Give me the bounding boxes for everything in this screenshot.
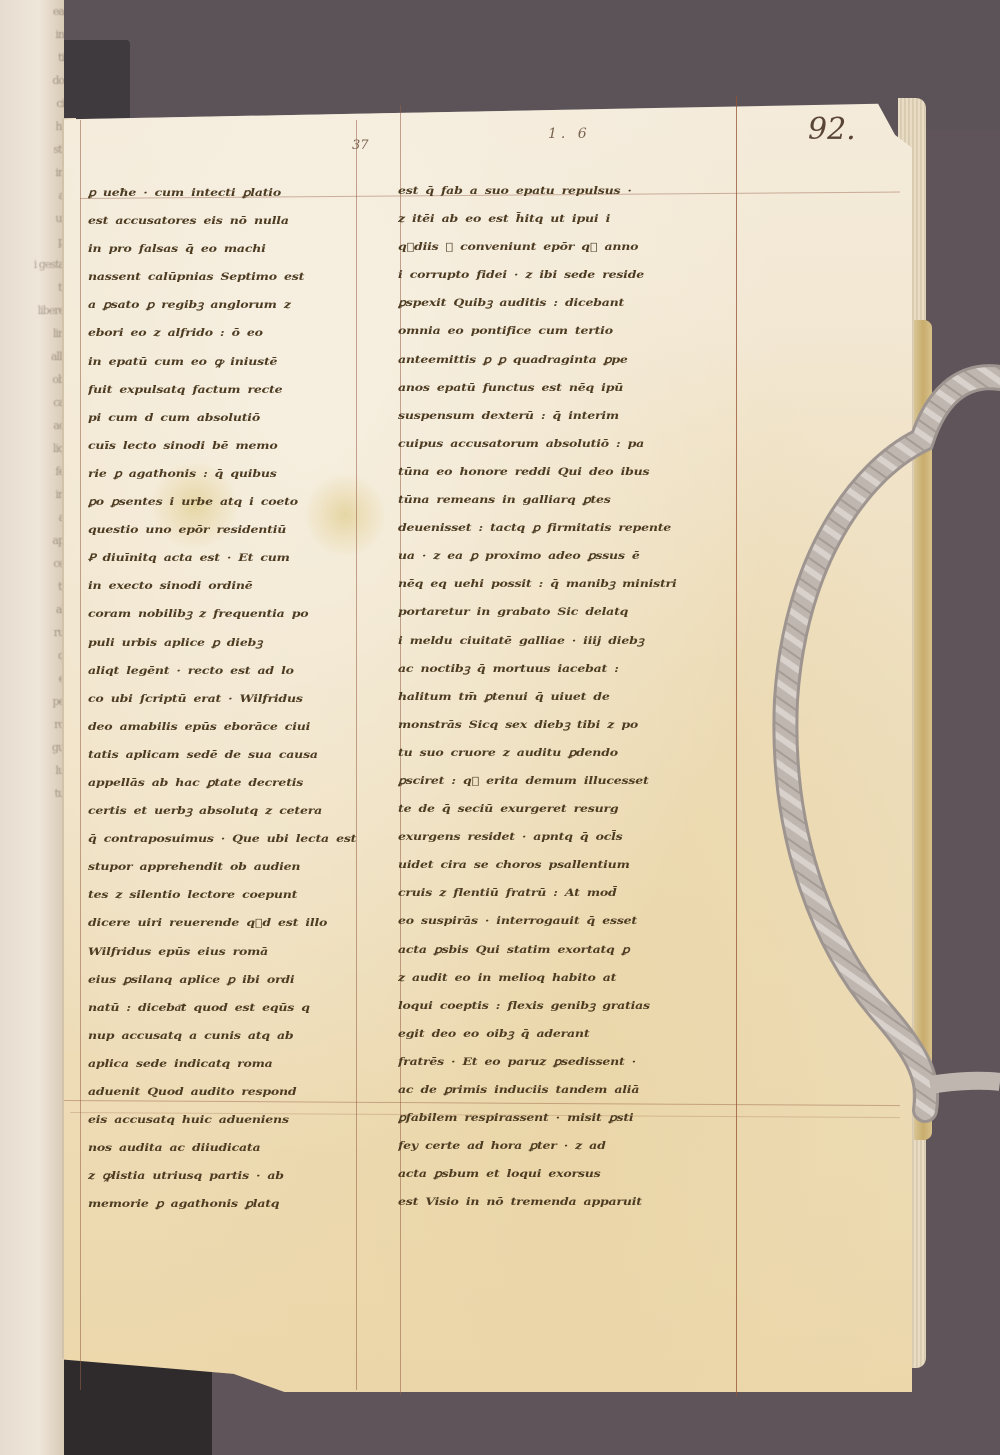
- manuscript-line: aplica sede indicatq roma: [88, 1052, 360, 1075]
- left-page-line: pe: [0, 690, 64, 713]
- manuscript-line: nup accusatq a cunis atq ab: [88, 1024, 360, 1047]
- manuscript-line: anteemittis ꝑ ꝑ quadraginta ꝑpe: [398, 348, 734, 371]
- manuscript-line: omnia eo pontifice cum tertio: [398, 320, 734, 343]
- manuscript-line: fuit expulsatq factum recte: [88, 378, 360, 401]
- manuscript-line: aliqt legēnt · recto est ad lo: [88, 659, 360, 682]
- manuscript-line: cuīs lecto sinodi bē memo: [88, 434, 360, 457]
- manuscript-line: questio uno epōr residentiū: [88, 518, 360, 541]
- manuscript-line: ebori eo z alfrido : ō eo: [88, 322, 360, 345]
- manuscript-line: q̄ contraposuimus · Que ubi lecta est ·: [88, 827, 360, 850]
- manuscript-line: Wilfridus epūs eius romā: [88, 940, 360, 963]
- left-page-line: ap: [0, 529, 64, 552]
- left-page-line: alli: [0, 345, 64, 368]
- manuscript-line: anos epatū functus est nēq ipū: [398, 376, 734, 399]
- manuscript-line: cuipus accusatorum absolutiō : pa: [398, 432, 734, 455]
- manuscript-line: rie ꝑ agathonis : q̄ quibus: [88, 462, 360, 485]
- left-page-line: ro: [0, 713, 64, 736]
- manuscript-line: memorie ꝑ agathonis ꝑlatq: [88, 1192, 360, 1215]
- manuscript-line: eo suspirās · interrogauit q̄ esset: [398, 909, 734, 932]
- margin-note-center: 1. 6: [548, 126, 591, 142]
- manuscript-line: egit deo eo oibꝫ q̄ aderant: [398, 1022, 734, 1045]
- manuscript-line: tūna eo honore reddi Qui deo ibus: [398, 460, 734, 483]
- left-page-line: ce: [0, 552, 64, 575]
- manuscript-line: dicere uiri reuerende qᷓd est illo: [88, 911, 360, 934]
- text-column-left: ꝑ ueħe · cum intecti ꝑlatioest accusator…: [88, 176, 360, 1215]
- manuscript-line: tūna remeans in galliarq ꝑtes: [398, 488, 734, 511]
- left-page-line: in: [0, 161, 64, 184]
- left-page-line: a: [0, 506, 64, 529]
- manuscript-line: Ꝑ diuīnitq acta est · Et cum: [88, 546, 360, 569]
- manuscript-line: acta ꝑsbis Qui statim exortatq ꝑ: [398, 938, 734, 961]
- manuscript-line: nēq eq uehi possit : q̄ manibꝫ ministri: [398, 572, 734, 595]
- left-page-line: liq: [0, 437, 64, 460]
- manuscript-line: halitum tm̄ ꝑtenui q̄ uiuet de: [398, 685, 734, 708]
- manuscript-line: ac de ꝑrimis induciis tandem aliā: [398, 1078, 734, 1101]
- manuscript-line: ꝑspexit Quibꝫ auditis : dicebant: [398, 291, 734, 314]
- left-page-line: ca: [0, 391, 64, 414]
- manuscript-line: pi cum d cum absolutiō: [88, 406, 360, 429]
- manuscript-line: fey certe ad hora ꝑter · z ad: [398, 1134, 734, 1157]
- left-page-line: ob: [0, 368, 64, 391]
- left-page-line: ac: [0, 414, 64, 437]
- manuscript-line: natū : diceba͞t quod est eqūs q: [88, 996, 360, 1019]
- manuscript-line: i corrupto fidei · z ibi sede reside: [398, 263, 734, 286]
- folio-number: 92.: [808, 112, 856, 147]
- left-page-line: al: [0, 598, 64, 621]
- left-page-line: e: [0, 667, 64, 690]
- page-fore-edges-gilt: [914, 320, 932, 1140]
- left-page-line: ti: [0, 276, 64, 299]
- ruling-left-outer: [80, 120, 81, 1390]
- left-page-ghost-text: eaintidocihistiinauipi gestatiliberelina…: [0, 0, 64, 805]
- manuscript-line: z audit eo in melioq habito at: [398, 966, 734, 989]
- manuscript-line: eis accusatq huic adueniens: [88, 1108, 360, 1131]
- margin-note-left: 37: [352, 138, 369, 153]
- left-page-line: a: [0, 184, 64, 207]
- manuscript-line: ꝑsciret : qᷓ erita demum illucesset: [398, 769, 734, 792]
- manuscript-line: in pro falsas q̄ eo machi: [88, 237, 360, 260]
- left-page-line: i gesta: [0, 253, 64, 276]
- manuscript-line: ua · z ea ꝑ proximo adeo ꝑssus ē: [398, 544, 734, 567]
- manuscript-line: ꝑ ueħe · cum intecti ꝑlatio: [88, 181, 360, 204]
- left-page-line: ru: [0, 621, 64, 644]
- manuscript-line: co ubi ſcriptū erat · Wilfridus: [88, 687, 360, 710]
- manuscript-line: cruis z flentiū fratrū : At mod̄: [398, 881, 734, 904]
- left-page-line: ti: [0, 46, 64, 69]
- manuscript-line: deuenisset : tactq ꝑ firmitatis repente: [398, 516, 734, 539]
- left-page-line: tu: [0, 782, 64, 805]
- ruling-right-inner: [736, 96, 737, 1396]
- manuscript-line: ꝑo ꝑsentes i urbe atq i coeto: [88, 490, 360, 513]
- manuscript-line: puli urbis aplice ꝑ diebꝫ: [88, 631, 360, 654]
- manuscript-line: a ꝑsato ꝑ regibꝫ anglorum z: [88, 293, 360, 316]
- left-page-line: p: [0, 230, 64, 253]
- left-page-line: sti: [0, 138, 64, 161]
- left-page-line: fe: [0, 460, 64, 483]
- manuscript-line: acta ꝑsbum et loqui exorsus: [398, 1162, 734, 1185]
- left-page-line: hi: [0, 115, 64, 138]
- left-page-line: lin: [0, 322, 64, 345]
- left-page-line: lu: [0, 759, 64, 782]
- manuscript-line: deo amabilis epūs eborāce ciui: [88, 715, 360, 738]
- manuscript-line: portaretur in grabato Sic delatq: [398, 600, 734, 623]
- manuscript-line: aduenit Quod audito respond: [88, 1080, 360, 1103]
- left-page-line: ti: [0, 575, 64, 598]
- manuscript-line: z itēi ab eo est h̄itq ut ipui i: [398, 207, 734, 230]
- text-column-right: est q̄ fab a suo epatu repulsus ·z itēi …: [398, 174, 734, 1213]
- left-page-line: in: [0, 23, 64, 46]
- left-page-line: ea: [0, 0, 64, 23]
- manuscript-line: est q̄ fab a suo epatu repulsus ·: [398, 179, 734, 202]
- manuscript-line: fratrēs · Et eo paruz ꝑsedissent ·: [398, 1050, 734, 1073]
- manuscript-line: z ꝙlistia utriusq partis · ab: [88, 1164, 360, 1187]
- manuscript-line: loqui coeptis : flexis genibꝫ gratias: [398, 994, 734, 1017]
- left-page-fragment: eaintidocihistiinauipi gestatiliberelina…: [0, 0, 64, 1455]
- manuscript-line: est accusatores eis nō nulla: [88, 209, 360, 232]
- manuscript-line: uidet cira se choros psallentium: [398, 853, 734, 876]
- manuscript-line: te de q̄ seciū exurgeret resurg: [398, 797, 734, 820]
- manuscript-line: monstrās Sicq sex diebꝫ tibi z po: [398, 713, 734, 736]
- manuscript-line: est Visio in nō tremenda apparuit: [398, 1190, 734, 1213]
- manuscript-line: certis et uerbꝫ absolutq z cetera: [88, 799, 360, 822]
- manuscript-line: nassent calūpnias Septimo est: [88, 265, 360, 288]
- manuscript-line: in execto sinodi ordinē: [88, 574, 360, 597]
- manuscript-line: exurgens residet · apntq q̄ ocl̄s: [398, 825, 734, 848]
- left-page-line: in: [0, 483, 64, 506]
- manuscript-line: ꝑfabilem respirassent · misit ꝑsti: [398, 1106, 734, 1129]
- manuscript-line: coram nobilibꝫ z frequentia po: [88, 602, 360, 625]
- manuscript-line: eius ꝑsilanq aplice ꝑ ibi ordi: [88, 968, 360, 991]
- manuscript-line: ac noctibꝫ q̄ mortuus iacebat :: [398, 657, 734, 680]
- manuscript-line: appellās ab hac ꝑtate decretis: [88, 771, 360, 794]
- left-page-line: ci: [0, 92, 64, 115]
- manuscript-line: in epatū cum eo ꝙ iniustē: [88, 350, 360, 373]
- manuscript-line: qᷓdiis ꝙ conveniunt epōr qᷓ anno: [398, 235, 734, 258]
- foam-support-top: [55, 40, 130, 125]
- manuscript-line: tatis aplicam sedē de sua causa: [88, 743, 360, 766]
- left-page-line: q: [0, 644, 64, 667]
- manuscript-line: suspensum dexterū : q̄ interim: [398, 404, 734, 427]
- left-page-line: ui: [0, 207, 64, 230]
- manuscript-line: tu suo cruore z auditu ꝑdendo: [398, 741, 734, 764]
- manuscript-line: stupor apprehendit ob audien: [88, 855, 360, 878]
- left-page-line: gu: [0, 736, 64, 759]
- left-page-line: do: [0, 69, 64, 92]
- manuscript-line: i meldu ciuitatē galliae · iiij diebꝫ: [398, 629, 734, 652]
- manuscript-line: nos audita ac diiudicata: [88, 1136, 360, 1159]
- manuscript-line: tes z silentio lectore coepunt: [88, 883, 360, 906]
- left-page-line: libere: [0, 299, 64, 322]
